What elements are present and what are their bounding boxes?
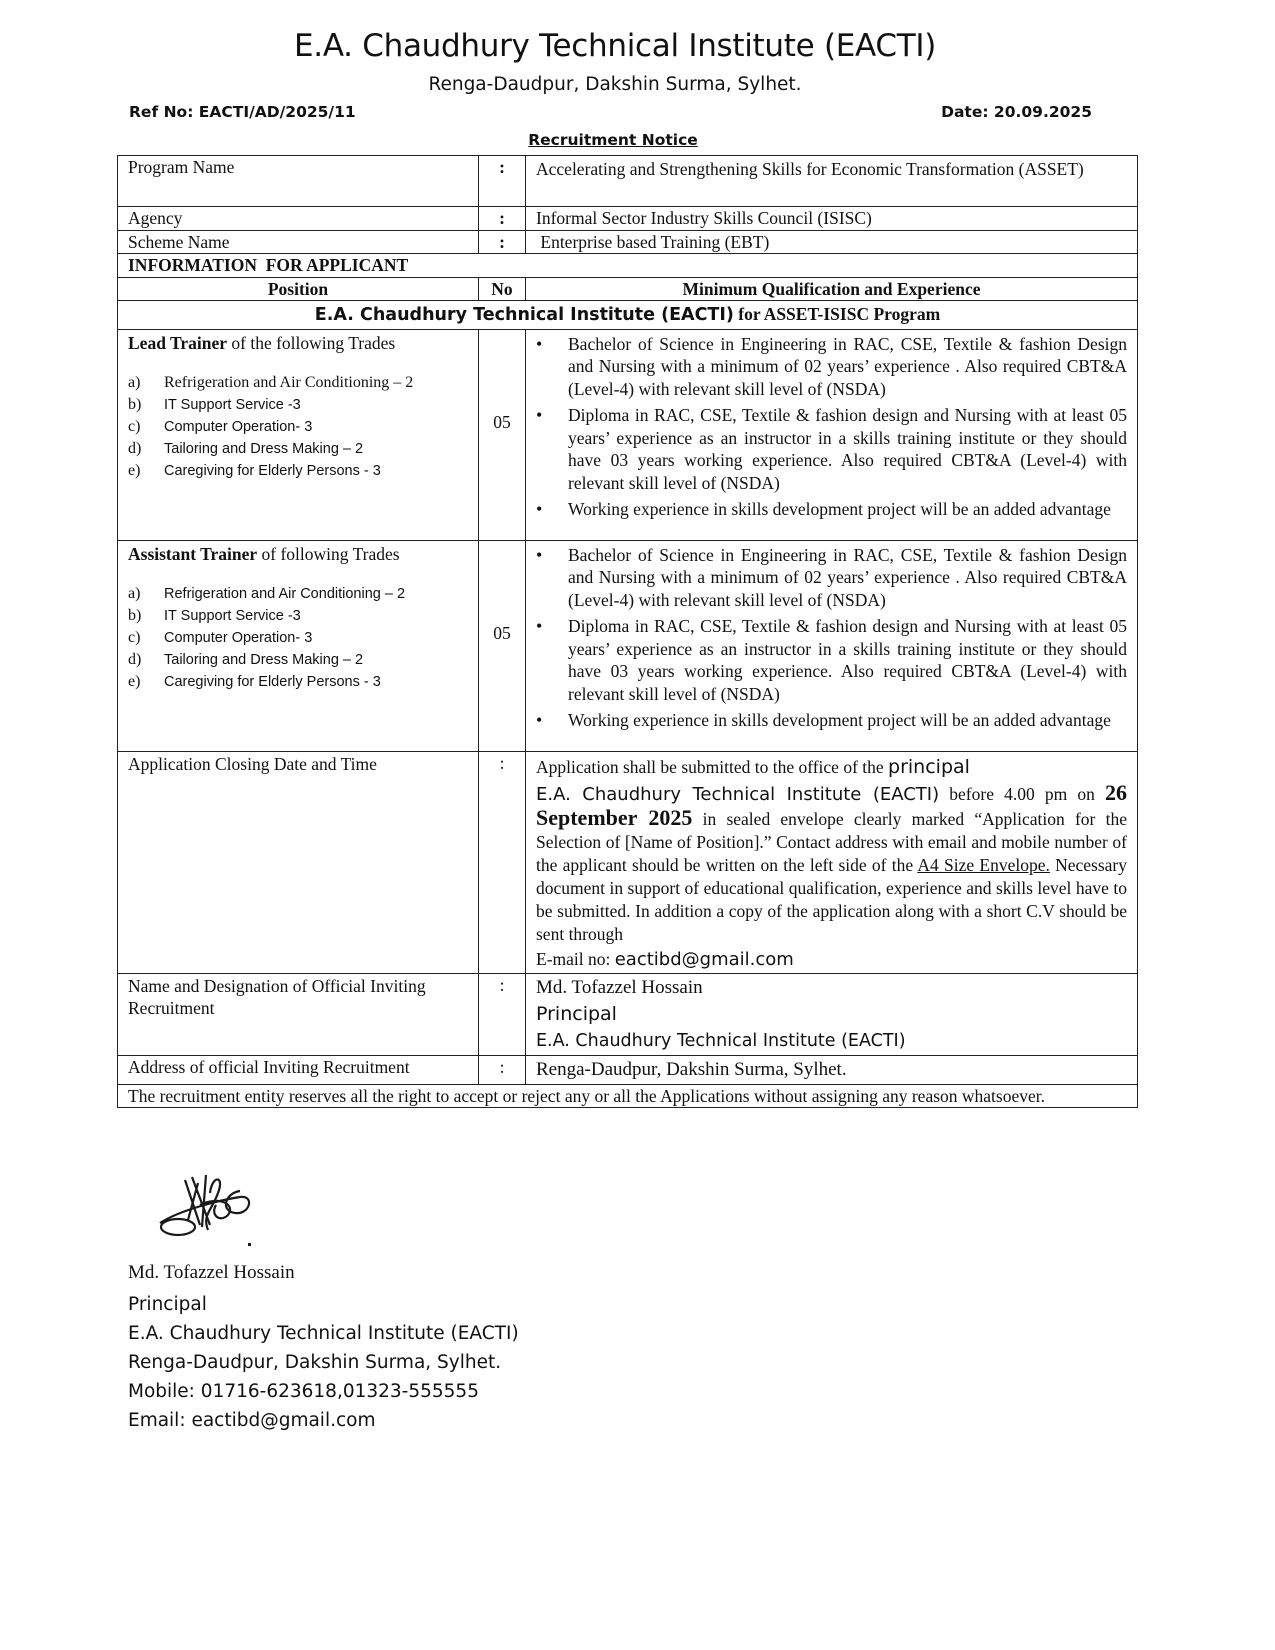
trade-item: b)IT Support Service -3 bbox=[128, 605, 468, 627]
separator: : bbox=[479, 230, 526, 254]
position-count: 05 bbox=[479, 622, 525, 645]
info-heading: INFORMATION FOR APPLICANT bbox=[118, 254, 1138, 278]
info-heading-row: INFORMATION FOR APPLICANT bbox=[118, 254, 1138, 278]
agency-value: Informal Sector Industry Skills Council … bbox=[526, 207, 1138, 231]
section-title-row: E.A. Chaudhury Technical Institute (EACT… bbox=[118, 301, 1138, 330]
deadline-day: 26 bbox=[1105, 780, 1127, 805]
reference-number: Ref No: EACTI/AD/2025/11 bbox=[129, 103, 356, 121]
official-label: Name and Designation of Official Invitin… bbox=[118, 973, 479, 1055]
position-title: Lead Trainer of the following Trades bbox=[128, 332, 468, 355]
trade-item: a)Refrigeration and Air Conditioning – 2 bbox=[128, 372, 468, 394]
section-title: E.A. Chaudhury Technical Institute (EACT… bbox=[118, 301, 1138, 330]
agency-row: Agency : Informal Sector Industry Skills… bbox=[118, 207, 1138, 231]
signatory-address: Renga-Daudpur, Dakshin Surma, Sylhet. bbox=[128, 1348, 519, 1377]
position-count: 05 bbox=[479, 411, 525, 434]
signatory-institute: E.A. Chaudhury Technical Institute (EACT… bbox=[128, 1319, 519, 1348]
closing-date-row: Application Closing Date and Time : Appl… bbox=[118, 751, 1138, 973]
qualification-item: Bachelor of Science in Engineering in RA… bbox=[536, 333, 1127, 401]
envelope-size: A4 Size Envelope. bbox=[917, 855, 1049, 875]
separator: : bbox=[479, 207, 526, 231]
position-row-assistant-trainer: Assistant Trainer of following Trades a)… bbox=[118, 540, 1138, 751]
institute-title: E.A. Chaudhury Technical Institute (EACT… bbox=[0, 28, 1230, 64]
qualification-item: Working experience in skills development… bbox=[536, 709, 1127, 732]
qualification-cell: Bachelor of Science in Engineering in RA… bbox=[526, 329, 1138, 540]
email-link[interactable]: eactibd@gmail.com bbox=[615, 949, 794, 970]
agency-label: Agency bbox=[118, 207, 479, 231]
official-designation: Principal bbox=[536, 1001, 1127, 1028]
program-name-label: Program Name bbox=[118, 156, 479, 207]
separator: : bbox=[479, 156, 526, 207]
institute-address: Renga-Daudpur, Dakshin Surma, Sylhet. bbox=[0, 74, 1230, 95]
official-address-label: Address of official Inviting Recruitment bbox=[118, 1055, 479, 1084]
official-address-row: Address of official Inviting Recruitment… bbox=[118, 1055, 1138, 1084]
closing-details: Application shall be submitted to the of… bbox=[526, 751, 1138, 973]
position-row-lead-trainer: Lead Trainer of the following Trades a)R… bbox=[118, 329, 1138, 540]
qualification-item: Diploma in RAC, CSE, Textile & fashion d… bbox=[536, 404, 1127, 494]
program-name-value: Accelerating and Strengthening Skills fo… bbox=[526, 156, 1138, 207]
signature-block: Md. Tofazzel Hossain Principal E.A. Chau… bbox=[128, 1262, 519, 1435]
separator: : bbox=[479, 1055, 526, 1084]
disclaimer: The recruitment entity reserves all the … bbox=[118, 1084, 1138, 1107]
position-cell: Lead Trainer of the following Trades a)R… bbox=[118, 329, 479, 540]
column-header-qualification: Minimum Qualification and Experience bbox=[526, 277, 1138, 301]
trade-item: b)IT Support Service -3 bbox=[128, 394, 468, 416]
trade-item: c)Computer Operation- 3 bbox=[128, 627, 468, 649]
trade-item: e)Caregiving for Elderly Persons - 3 bbox=[128, 671, 468, 693]
separator: : bbox=[479, 973, 526, 1055]
position-title-bold: Assistant Trainer bbox=[128, 544, 257, 564]
closing-body: E.A. Chaudhury Technical Institute (EACT… bbox=[536, 781, 1127, 946]
position-count-cell: 05 bbox=[479, 329, 526, 540]
position-cell: Assistant Trainer of following Trades a)… bbox=[118, 540, 479, 751]
signatory-email: Email: eactibd@gmail.com bbox=[128, 1406, 519, 1435]
disclaimer-row: The recruitment entity reserves all the … bbox=[118, 1084, 1138, 1107]
qualification-cell: Bachelor of Science in Engineering in RA… bbox=[526, 540, 1138, 751]
notice-date: Date: 20.09.2025 bbox=[941, 103, 1092, 121]
qualification-item: Diploma in RAC, CSE, Textile & fashion d… bbox=[536, 615, 1127, 705]
section-title-institute: E.A. Chaudhury Technical Institute (EACT… bbox=[315, 305, 734, 325]
deadline-month-year: September 2025 bbox=[536, 805, 692, 830]
position-title-rest: of following Trades bbox=[257, 544, 399, 564]
program-name-row: Program Name : Accelerating and Strength… bbox=[118, 156, 1138, 207]
position-count-cell: 05 bbox=[479, 540, 526, 751]
trade-item: c)Computer Operation- 3 bbox=[128, 416, 468, 438]
position-title: Assistant Trainer of following Trades bbox=[128, 543, 468, 566]
official-institute: E.A. Chaudhury Technical Institute (EACT… bbox=[536, 1028, 1127, 1055]
qualification-item: Bachelor of Science in Engineering in RA… bbox=[536, 544, 1127, 612]
table-header-row: Position No Minimum Qualification and Ex… bbox=[118, 277, 1138, 301]
official-details: Md. Tofazzel Hossain Principal E.A. Chau… bbox=[526, 973, 1138, 1055]
separator: : bbox=[479, 751, 526, 973]
official-name: Md. Tofazzel Hossain bbox=[536, 974, 1127, 1001]
scheme-value: Enterprise based Training (EBT) bbox=[526, 230, 1138, 254]
trade-item: d)Tailoring and Dress Making – 2 bbox=[128, 649, 468, 671]
column-header-position: Position bbox=[118, 277, 479, 301]
trade-item: e)Caregiving for Elderly Persons - 3 bbox=[128, 460, 468, 482]
column-header-no: No bbox=[479, 277, 526, 301]
recruitment-table: Program Name : Accelerating and Strength… bbox=[117, 155, 1138, 1108]
scheme-row: Scheme Name : Enterprise based Training … bbox=[118, 230, 1138, 254]
scheme-label: Scheme Name bbox=[118, 230, 479, 254]
position-title-rest: of the following Trades bbox=[227, 333, 395, 353]
closing-label: Application Closing Date and Time bbox=[118, 751, 479, 973]
trade-item: d)Tailoring and Dress Making – 2 bbox=[128, 438, 468, 460]
section-title-program: for ASSET-ISISC Program bbox=[734, 304, 940, 324]
trade-item: a)Refrigeration and Air Conditioning – 2 bbox=[128, 583, 468, 605]
signatory-mobile: Mobile: 01716-623618,01323-555555 bbox=[128, 1377, 519, 1406]
signatory-name: Md. Tofazzel Hossain bbox=[128, 1262, 519, 1284]
official-row: Name and Designation of Official Invitin… bbox=[118, 973, 1138, 1055]
qualification-item: Working experience in skills development… bbox=[536, 498, 1127, 521]
official-address-value: Renga-Daudpur, Dakshin Surma, Sylhet. bbox=[526, 1055, 1138, 1084]
qualification-list: Bachelor of Science in Engineering in RA… bbox=[536, 333, 1127, 521]
signatory-designation: Principal bbox=[128, 1290, 519, 1319]
trade-list: a)Refrigeration and Air Conditioning – 2… bbox=[128, 372, 468, 482]
closing-line-1: Application shall be submitted to the of… bbox=[536, 756, 1127, 779]
trade-list: a)Refrigeration and Air Conditioning – 2… bbox=[128, 583, 468, 693]
qualification-list: Bachelor of Science in Engineering in RA… bbox=[536, 544, 1127, 732]
notice-title: Recruitment Notice bbox=[0, 131, 1226, 149]
position-title-bold: Lead Trainer bbox=[128, 333, 227, 353]
closing-email: E-mail no: eactibd@gmail.com bbox=[536, 948, 1127, 971]
signature-image bbox=[140, 1165, 270, 1250]
